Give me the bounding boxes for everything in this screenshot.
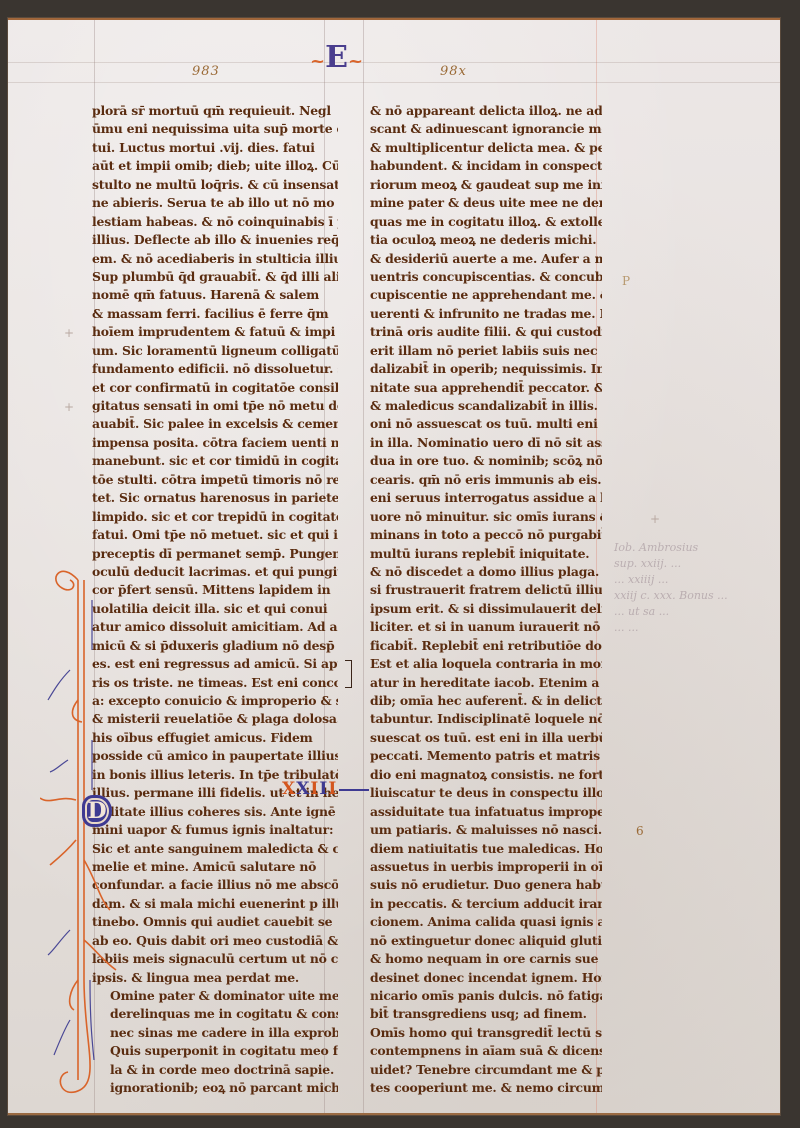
text-line: dalizabit̄ in operib; nequissimis. In ua <box>370 360 602 378</box>
text-line: manebunt. sic et cor timidū in cogita <box>92 452 338 470</box>
text-column-right: & nō appareant delicta illoꝝ. ne adquesc… <box>370 102 602 1098</box>
margin-mark: + <box>650 512 660 526</box>
text-line: fundamento edificii. nō dissoluetur. sic <box>92 360 338 378</box>
faded-note-line: xxiij c. xxx. Bonus ... <box>614 588 774 604</box>
text-line: tōe stulti. cōtra impetū timoris nō resi… <box>92 471 338 489</box>
text-line: erit illam nō periet labiis suis nec scā <box>370 342 602 360</box>
text-line: trinā oris audite filii. & qui custodi <box>370 323 602 341</box>
text-line: in peccatis. & tercium adducit iram & pe… <box>370 895 602 913</box>
text-line: minans in toto a peccō nō purgabit̄. Vir <box>370 526 602 544</box>
text-line: tui. Luctus mortui .vij. dies. fatui <box>92 139 338 157</box>
text-line: assiduitate tua infatuatus improperi <box>370 803 602 821</box>
text-line: assuetus in uerbis improperii in oīb; di… <box>370 858 602 876</box>
text-line: si frustrauerit fratrem delictū illius s… <box>370 581 602 599</box>
flourish-icon: ~ <box>348 51 363 72</box>
text-line: aūt et impii omib; dieb; uite illoꝝ. Cū <box>92 157 338 175</box>
chapter-number: XXIII XXIII <box>282 779 369 799</box>
margin-mark: + <box>64 400 74 414</box>
text-line: illius. Deflecte ab illo & inuenies req̄ <box>92 231 338 249</box>
text-line: cionem. Anima calida quasi ignis ardens <box>370 913 602 931</box>
text-line: uore nō minuitur. sic omīs iurans & no <box>370 508 602 526</box>
folio-number-right: 98x <box>440 64 467 79</box>
text-line: & nō discedet a domo illius plaga. Et <box>370 563 602 581</box>
text-line: & multiplicentur delicta mea. & peccā me… <box>370 139 602 157</box>
margin-bracket <box>345 660 352 688</box>
text-line: & nō appareant delicta illoꝝ. ne adque <box>370 102 602 120</box>
margin-mark: + <box>64 326 74 340</box>
folio-number-left: 983 <box>192 64 220 79</box>
text-line: liciter. et si in uanum iurauerit nō ius… <box>370 618 602 636</box>
text-line: ūmu eni nequissima uita sup̄ morte ē <box>92 120 338 138</box>
text-line: riorum meoꝝ & gaudeat sup me inimicus me… <box>370 176 602 194</box>
text-line: fatui. Omi tp̄e nō metuet. sic et qui in <box>92 526 338 544</box>
text-line: suis nō erudietur. Duo genera habundant <box>370 876 602 894</box>
text-line: diem natiuitatis tue maledicas. Homo <box>370 840 602 858</box>
text-line: & maledicus scandalizabit̄ in illis. Iur… <box>370 397 602 415</box>
text-line: eni seruus interrogatus assidue a li <box>370 489 602 507</box>
faded-note-line: ... ut sa ... <box>614 604 774 620</box>
text-line: plorā sr̄ mortuū qm̄ requieuit. Negl <box>92 102 338 120</box>
text-line: stulto ne multū loq̄ris. & cū insensato <box>92 176 338 194</box>
text-line: um patiaris. & maluisses nō nasci. & <box>370 821 602 839</box>
text-line: suescat os tuū. est eni in illa uerbū <box>370 729 602 747</box>
faded-note-line: sup. xxiij. ... <box>614 556 774 572</box>
text-line: oni nō assuescat os tuū. multi eni casus <box>370 415 602 433</box>
text-line: tabuntur. Indisciplinatē loquele nō as <box>370 710 602 728</box>
text-line: uerenti & infrunito ne tradas me. Doc <box>370 305 602 323</box>
text-line: mine pater & deus uite mee ne derelin <box>370 194 602 212</box>
text-line: & homo nequam in ore carnis sue nō <box>370 950 602 968</box>
text-line: em. & nō acediaberis in stulticia illius… <box>92 250 338 268</box>
text-line: nicario omīs panis dulcis. nō fatiga <box>370 987 602 1005</box>
ruling-line <box>8 82 780 83</box>
text-line: Omīs homo qui transgredit̄ lectū suum <box>370 1024 602 1042</box>
text-line: quas me in cogitatu illoꝝ. & extollen <box>370 213 602 231</box>
pen-flourish-border-icon <box>40 560 140 1100</box>
text-line: uidet? Tenebre circumdant me & parie <box>370 1061 602 1079</box>
text-line: dua in ore tuo. & nominib; scōꝝ nō admis <box>370 452 602 470</box>
running-head: ~E~ <box>310 40 363 75</box>
faded-note-line: ... xxiiij ... <box>614 572 774 588</box>
text-line: tia oculoꝝ meoꝝ ne dederis michi. <box>370 231 602 249</box>
faded-note-line: ... ... <box>614 620 774 636</box>
text-line: tes cooperiunt me. & nemo circumspicit <box>370 1079 602 1097</box>
text-line: liuiscatur te deus in conspectu illoꝝ. & <box>370 784 602 802</box>
text-line: lestiam habeas. & nō coinquinabis ī pecc… <box>92 213 338 231</box>
text-line: habundent. & incidam in conspectu aduers… <box>370 157 602 175</box>
text-line: dib; omīa hec auferent̄. & in delictis n… <box>370 692 602 710</box>
text-line: nō extinguetur donec aliquid glutiat. <box>370 932 602 950</box>
text-line: cupiscentie ne apprehendant me. & aīo ir… <box>370 286 602 304</box>
text-line: um. Sic loramentū ligneum colligatū <box>92 342 338 360</box>
faded-marginal-annotation: Iob. Ambrosiussup. xxiij. ...... xxiiij … <box>614 540 774 710</box>
text-line: scant & adinuescant ignorancie mee. <box>370 120 602 138</box>
text-line: auabit̄. Sic palee in excelsis & cementa… <box>92 415 338 433</box>
text-line: ipsum erit. & si dissimulauerit delinque… <box>370 600 602 618</box>
text-line: desinet donec incendat ignem. Homini for <box>370 969 602 987</box>
text-line: nomē qm̄ fatuus. Harenā & salem <box>92 286 338 304</box>
text-line: & massam ferri. facilius ē ferre q̄m <box>92 305 338 323</box>
flourish-icon: ~ <box>310 51 325 72</box>
decorated-initial: D <box>82 795 112 827</box>
text-line: & desideriū auerte a me. Aufer a me <box>370 250 602 268</box>
text-line: limpido. sic et cor trepidū in cogitatōe <box>92 508 338 526</box>
text-line: dio eni magnatoꝝ consistis. ne forte ob <box>370 766 602 784</box>
text-line: impensa posita. cōtra faciem uenti nō p̄ <box>92 434 338 452</box>
margin-mark: 6 <box>636 824 644 838</box>
text-line: multū iurans replebit̄ iniquitate. <box>370 545 602 563</box>
text-line: nitate sua apprehendit̄ peccator. & supb… <box>370 379 602 397</box>
text-line: Sup plumbū q̄d grauabit̄. & q̄d illi ali… <box>92 268 338 286</box>
ruling-line <box>363 20 364 1113</box>
text-line: uentris concupiscentias. & concubitus co… <box>370 268 602 286</box>
text-line: peccati. Memento patris et matris tue. I… <box>370 747 602 765</box>
ruling-line <box>8 62 780 63</box>
margin-mark: P <box>622 274 630 288</box>
text-line: gitatus sensati in omi tp̄e nō metu depr… <box>92 397 338 415</box>
text-line: atur in hereditate iacob. Etenim a miser… <box>370 674 602 692</box>
text-line: cearis. qm̄ nō eris immunis ab eis. Sic <box>370 471 602 489</box>
text-line: et cor confirmatū in cogitatōe consilii.… <box>92 379 338 397</box>
text-line: ne abieris. Serua te ab illo ut nō mo <box>92 194 338 212</box>
text-line: ficabit̄. Replebit̄ eni retributiōe domꝰ… <box>370 637 602 655</box>
text-line: Est et alia loquela contraria in mortē n… <box>370 655 602 673</box>
text-line: contempnens in aīam suā & dicens. Quis m… <box>370 1042 602 1060</box>
faded-note-line: Iob. Ambrosius <box>614 540 774 556</box>
text-line: hoīem imprudentem & fatuū & impi <box>92 323 338 341</box>
text-line: tet. Sic ornatus harenosus in pariete <box>92 489 338 507</box>
running-head-letter: E <box>325 40 348 75</box>
text-line: bit̄ transgrediens usq; ad finem. <box>370 1005 602 1023</box>
text-line: in illa. Nominatio uero dī nō sit assi <box>370 434 602 452</box>
chapter-flourish-icon <box>339 789 369 791</box>
